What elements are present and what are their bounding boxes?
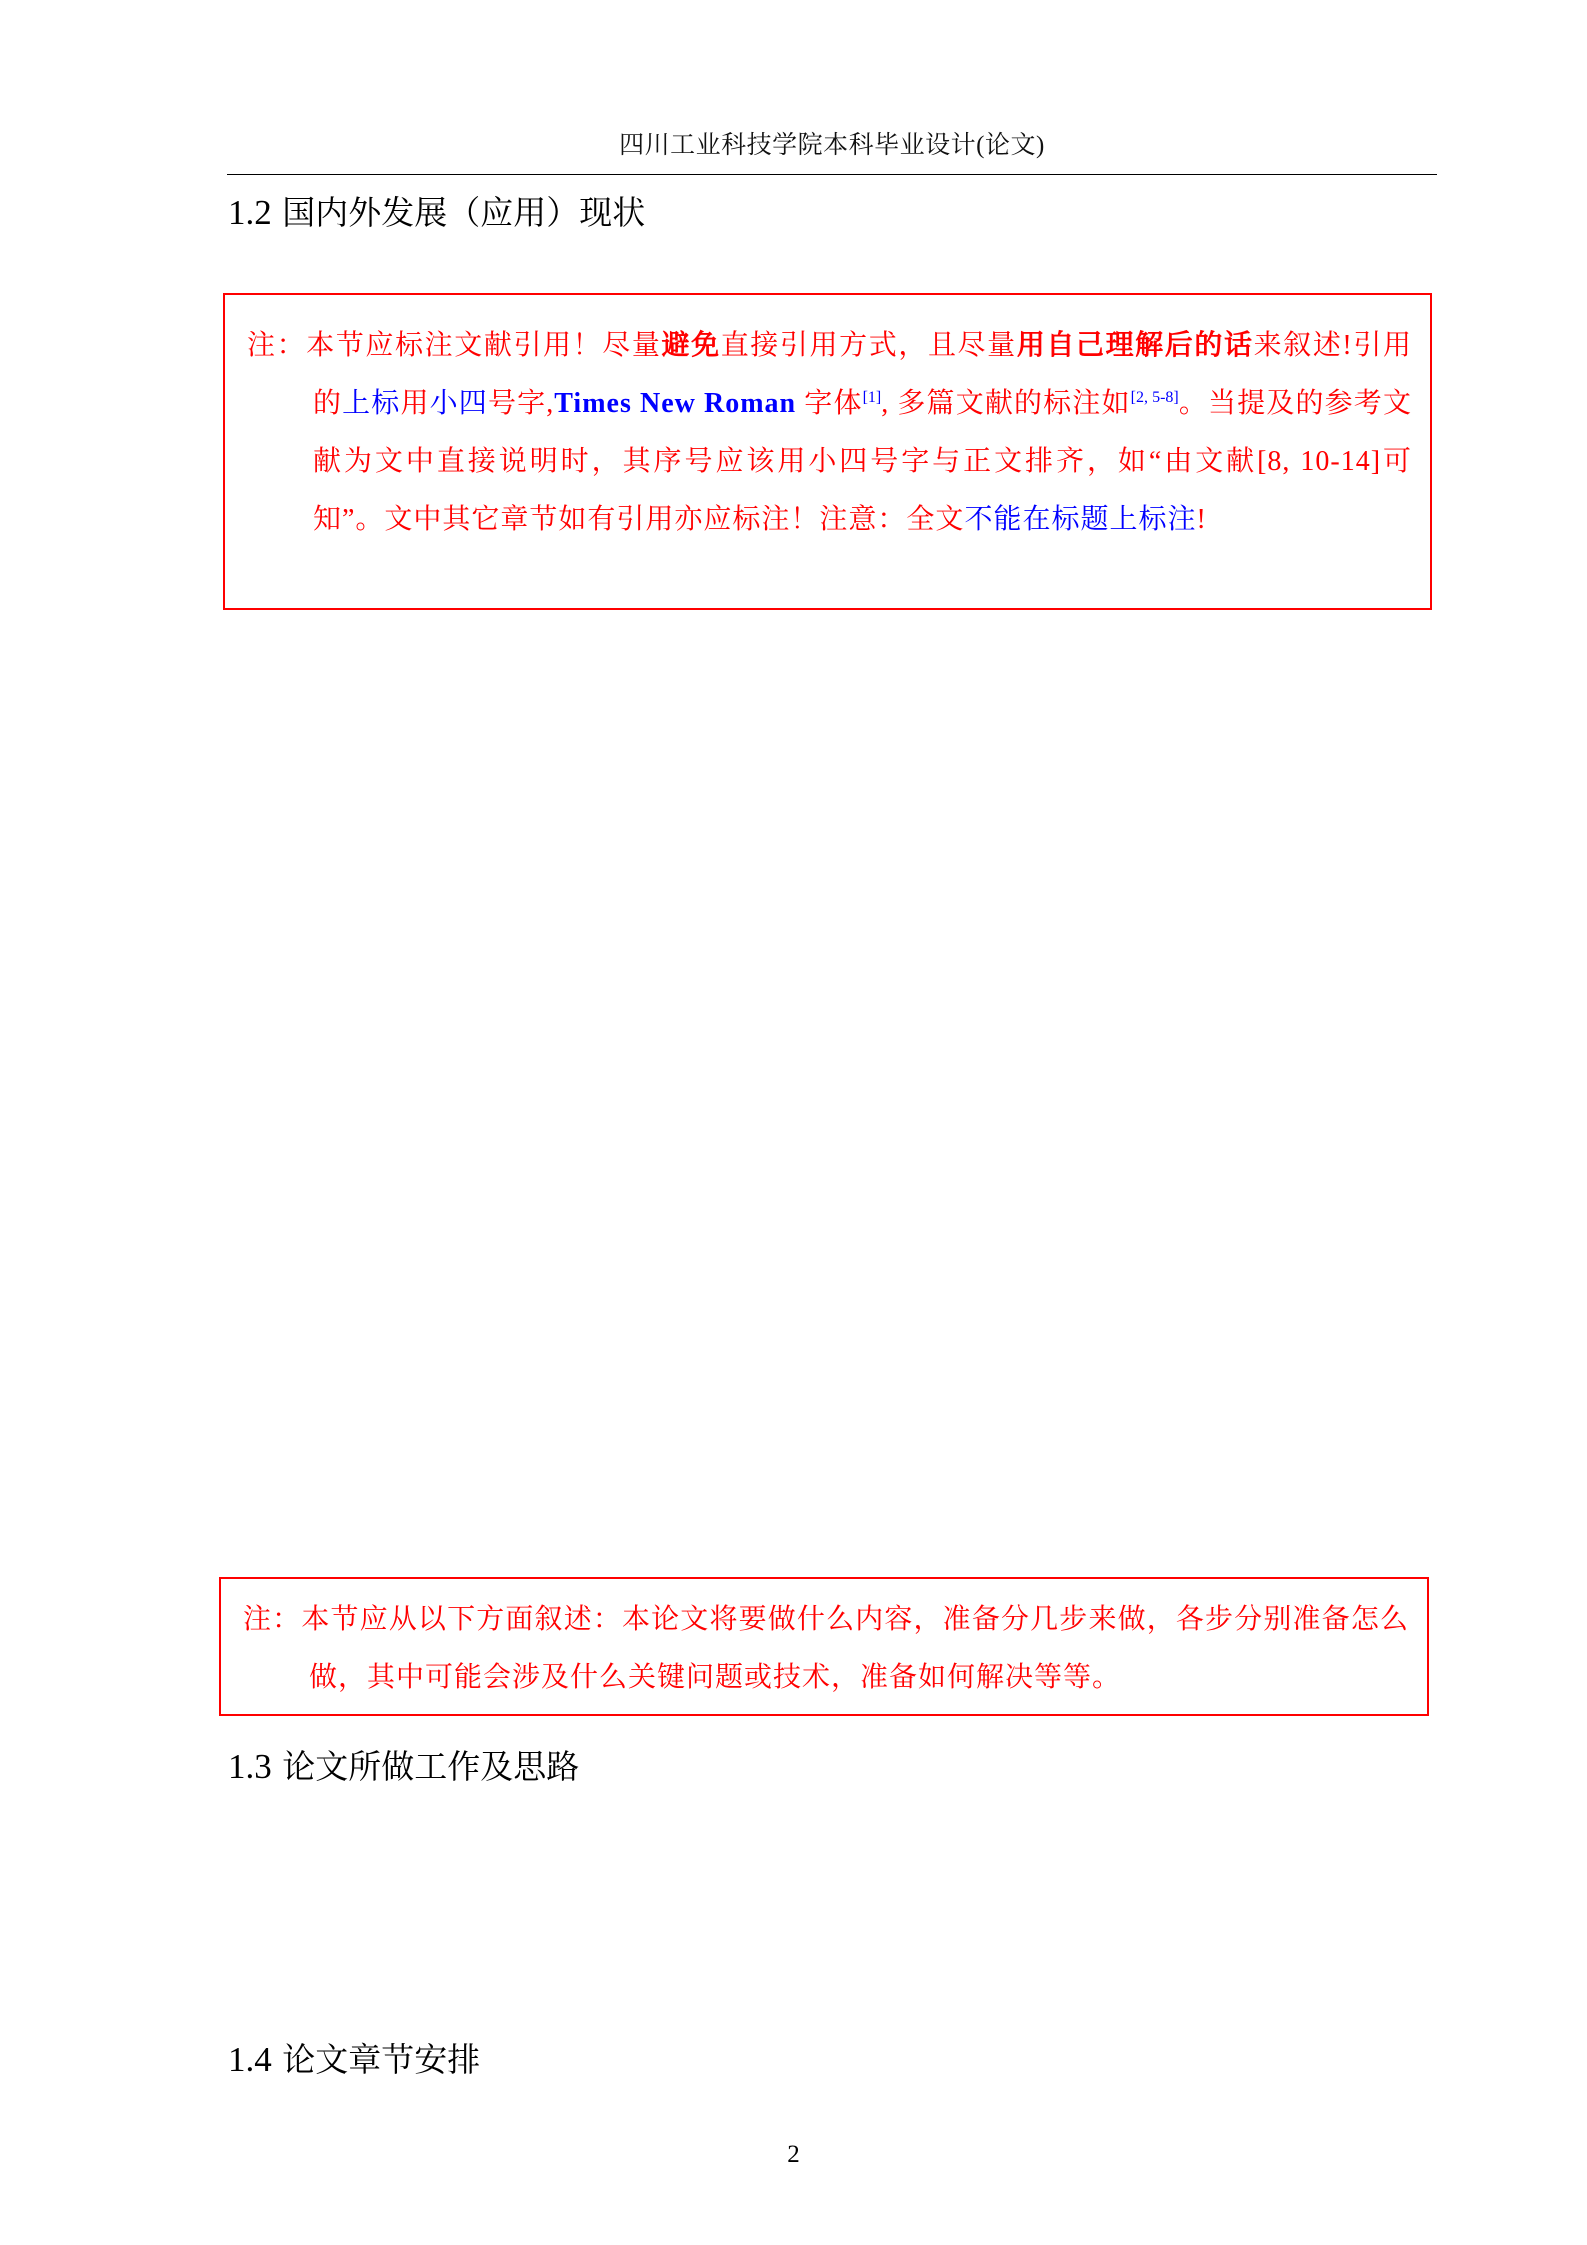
page-number: 2 (0, 2140, 1587, 2170)
header-rule (227, 174, 1437, 175)
section-number: 1.3 (228, 1747, 272, 1786)
citation-superscript: [2, 5-8] (1131, 389, 1179, 406)
note-font-name: Times New Roman (554, 388, 796, 419)
page-header-title: 四川工业科技学院本科毕业设计(论文) (227, 128, 1437, 164)
work-plan-note-text: 注：本节应从以下方面叙述：本论文将要做什么内容，准备分几步来做，各步分别准备怎么… (221, 1591, 1427, 1707)
note-emphasis: 用自己理解后的话 (1017, 330, 1254, 361)
note-text-segment: 用 (400, 388, 429, 419)
note-emphasis: 避免 (661, 330, 720, 361)
work-plan-note-box: 注：本节应从以下方面叙述：本论文将要做什么内容，准备分几步来做，各步分别准备怎么… (219, 1577, 1429, 1716)
note-highlight-blue: 小四 (430, 388, 488, 419)
section-title: 论文章节安排 (282, 2040, 480, 2079)
section-title: 国内外发展（应用）现状 (282, 193, 645, 232)
note-prefix: 注： (243, 1604, 301, 1635)
note-text-segment: , 多篇文献的标注如 (881, 388, 1130, 419)
note-highlight-blue: 上标 (342, 388, 400, 419)
note-text-segment: 本节应从以下方面叙述：本论文将要做什么内容，准备分几步来做，各步分别准备怎么做，… (301, 1604, 1409, 1693)
section-number: 1.2 (228, 193, 272, 232)
note-text-segment: 字体 (796, 388, 862, 419)
section-heading-1-2: 1.2 国内外发展（应用）现状 (228, 193, 645, 233)
section-heading-1-4: 1.4 论文章节安排 (228, 2040, 480, 2080)
section-title: 论文所做工作及思路 (282, 1747, 579, 1786)
note-prefix: 注： (247, 330, 306, 361)
note-highlight-blue: 不能在标题上标注 (964, 504, 1196, 535)
note-text-segment: 本节应标注文献引用！尽量 (306, 330, 661, 361)
citation-note-text: 注：本节应标注文献引用！尽量避免直接引用方式，且尽量用自己理解后的话来叙述!引用… (225, 317, 1430, 549)
note-text-segment: ! (1196, 504, 1206, 535)
section-heading-1-3: 1.3 论文所做工作及思路 (228, 1747, 579, 1787)
note-text-segment: 号字, (488, 388, 554, 419)
note-text-segment: 直接引用方式，且尽量 (721, 330, 1017, 361)
section-number: 1.4 (228, 2040, 272, 2079)
citation-note-box: 注：本节应标注文献引用！尽量避免直接引用方式，且尽量用自己理解后的话来叙述!引用… (223, 293, 1432, 610)
citation-superscript: [1] (863, 389, 882, 406)
